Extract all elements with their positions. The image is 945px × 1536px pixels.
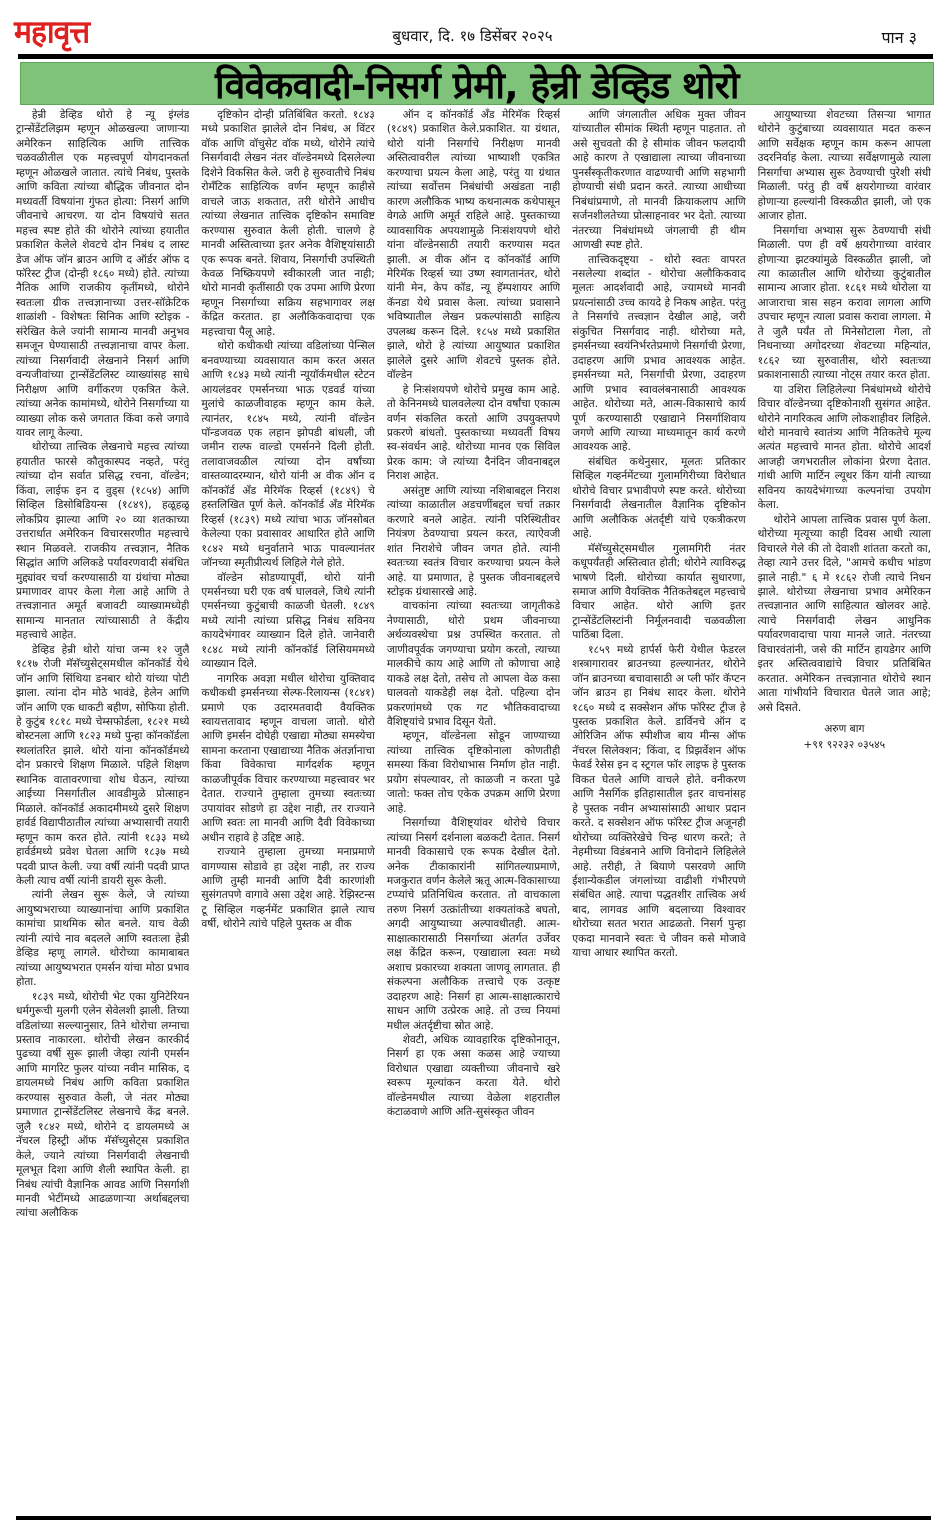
- paragraph: वॉल्डेन सोडण्यापूर्वी, थोरो यांनी एमर्सन…: [201, 571, 374, 672]
- paragraph: मॅसॅच्युसेट्समधील गुलामगिरी नंतर कधूपर्य…: [572, 542, 745, 643]
- paragraph: असंतुष्ट आणि त्यांच्या नशिबाबद्दल निराश …: [387, 484, 560, 600]
- paragraph: आणि जंगलातील अधिक मुक्त जीवन यांच्यातील …: [572, 108, 745, 253]
- paragraph: निसर्गाचा अभ्यास सुरू ठेवण्याची संधी मिळ…: [758, 224, 931, 383]
- paragraph: संबंधित कथेनुसार, मूलतः प्रतिकार सिव्हिल…: [572, 455, 745, 542]
- header-rule: [18, 54, 933, 59]
- column-2: दृष्टिकोन दोन्ही प्रतिबिंबित करतो. १८४३ …: [201, 108, 374, 1514]
- paragraph: हे निःसंशयपणे थोरोचे प्रमुख काम आहे. तो …: [387, 383, 560, 484]
- paragraph: १८५९ मध्ये हार्पर्स फेरी येथील फेडरल शस्…: [572, 643, 745, 961]
- paragraph: राज्याने तुम्हाला तुमच्या मनाप्रमाणे वाग…: [201, 845, 374, 932]
- masthead: महावृत्त बुधवार, दि. १७ डिसेंबर २०२५ पान…: [0, 0, 945, 52]
- paragraph: आयुष्याच्या शेवटच्या तिसऱ्या भागात थोरोन…: [758, 108, 931, 224]
- paragraph: नागरिक अवज्ञा मधील थोरोचा युक्तिवाद कधीक…: [201, 672, 374, 845]
- paragraph: म्हणून, वॉल्डेनला सोडून जाण्याच्या त्यां…: [387, 729, 560, 816]
- column-5: आयुष्याच्या शेवटच्या तिसऱ्या भागात थोरोन…: [758, 108, 931, 1514]
- paragraph: त्यांनी लेखन सुरू केले, जे त्यांच्या आयु…: [16, 888, 189, 989]
- paragraph: शेवटी, अधिक व्यावहारिक दृष्टिकोनातून, नि…: [387, 1033, 560, 1120]
- dateline: बुधवार, दि. १७ डिसेंबर २०२५: [0, 26, 945, 46]
- headline: विवेकवादी-निसर्ग प्रेमी, हेन्री डेव्हिड …: [215, 62, 739, 105]
- paragraph: थोरोच्या तात्त्विक लेखनाचे महत्त्व त्यां…: [16, 440, 189, 642]
- paragraph: ऑन द कॉनकॉर्ड अँड मेरिमॅक रिव्हर्स (१८४९…: [387, 108, 560, 383]
- paragraph: निसर्गाच्या वैशिष्ट्यांवर थोरोचे विचार त…: [387, 816, 560, 1033]
- paragraph: तात्त्विकदृष्ट्या - थोरो स्वतः वापरत नसल…: [572, 253, 745, 455]
- column-1: हेन्री डेव्हिड थोरो हे न्यू इंग्लंड ट्रा…: [16, 108, 189, 1514]
- column-4: आणि जंगलातील अधिक मुक्त जीवन यांच्यातील …: [572, 108, 745, 1514]
- paragraph: या उशिरा लिहिलेल्या निबंधांमध्ये थोरोचे …: [758, 383, 931, 513]
- paragraph: दृष्टिकोन दोन्ही प्रतिबिंबित करतो. १८४३ …: [201, 108, 374, 339]
- author-name: अरुण बाग: [758, 721, 931, 737]
- paragraph: हेन्री डेव्हिड थोरो हे न्यू इंग्लंड ट्रा…: [16, 108, 189, 440]
- paragraph: थोरो कधीकधी त्यांच्या वडिलांच्या पेन्सिल…: [201, 339, 374, 570]
- paragraph: १८३९ मध्ये, थोरोची भेट एका युनिटेरियन धर…: [16, 990, 189, 1221]
- footer-rule: [16, 1516, 931, 1520]
- paragraph: थोरोने आपला तात्त्विक प्रवास पूर्ण केला.…: [758, 513, 931, 715]
- page-number: पान ३: [881, 26, 917, 48]
- article-body: हेन्री डेव्हिड थोरो हे न्यू इंग्लंड ट्रा…: [16, 108, 931, 1514]
- author-phone: +९१ ९२२३२ ०३५४५: [758, 737, 931, 753]
- headline-banner: विवेकवादी-निसर्ग प्रेमी, हेन्री डेव्हिड …: [20, 62, 934, 105]
- byline: अरुण बाग +९१ ९२२३२ ०३५४५: [758, 721, 931, 753]
- paragraph: वाचकांना त्यांच्या स्वतःच्या जागृतीकडे न…: [387, 599, 560, 729]
- paragraph: डेव्हिड हेन्री थोरो यांचा जन्म १२ जुलै १…: [16, 643, 189, 889]
- column-3: ऑन द कॉनकॉर्ड अँड मेरिमॅक रिव्हर्स (१८४९…: [387, 108, 560, 1514]
